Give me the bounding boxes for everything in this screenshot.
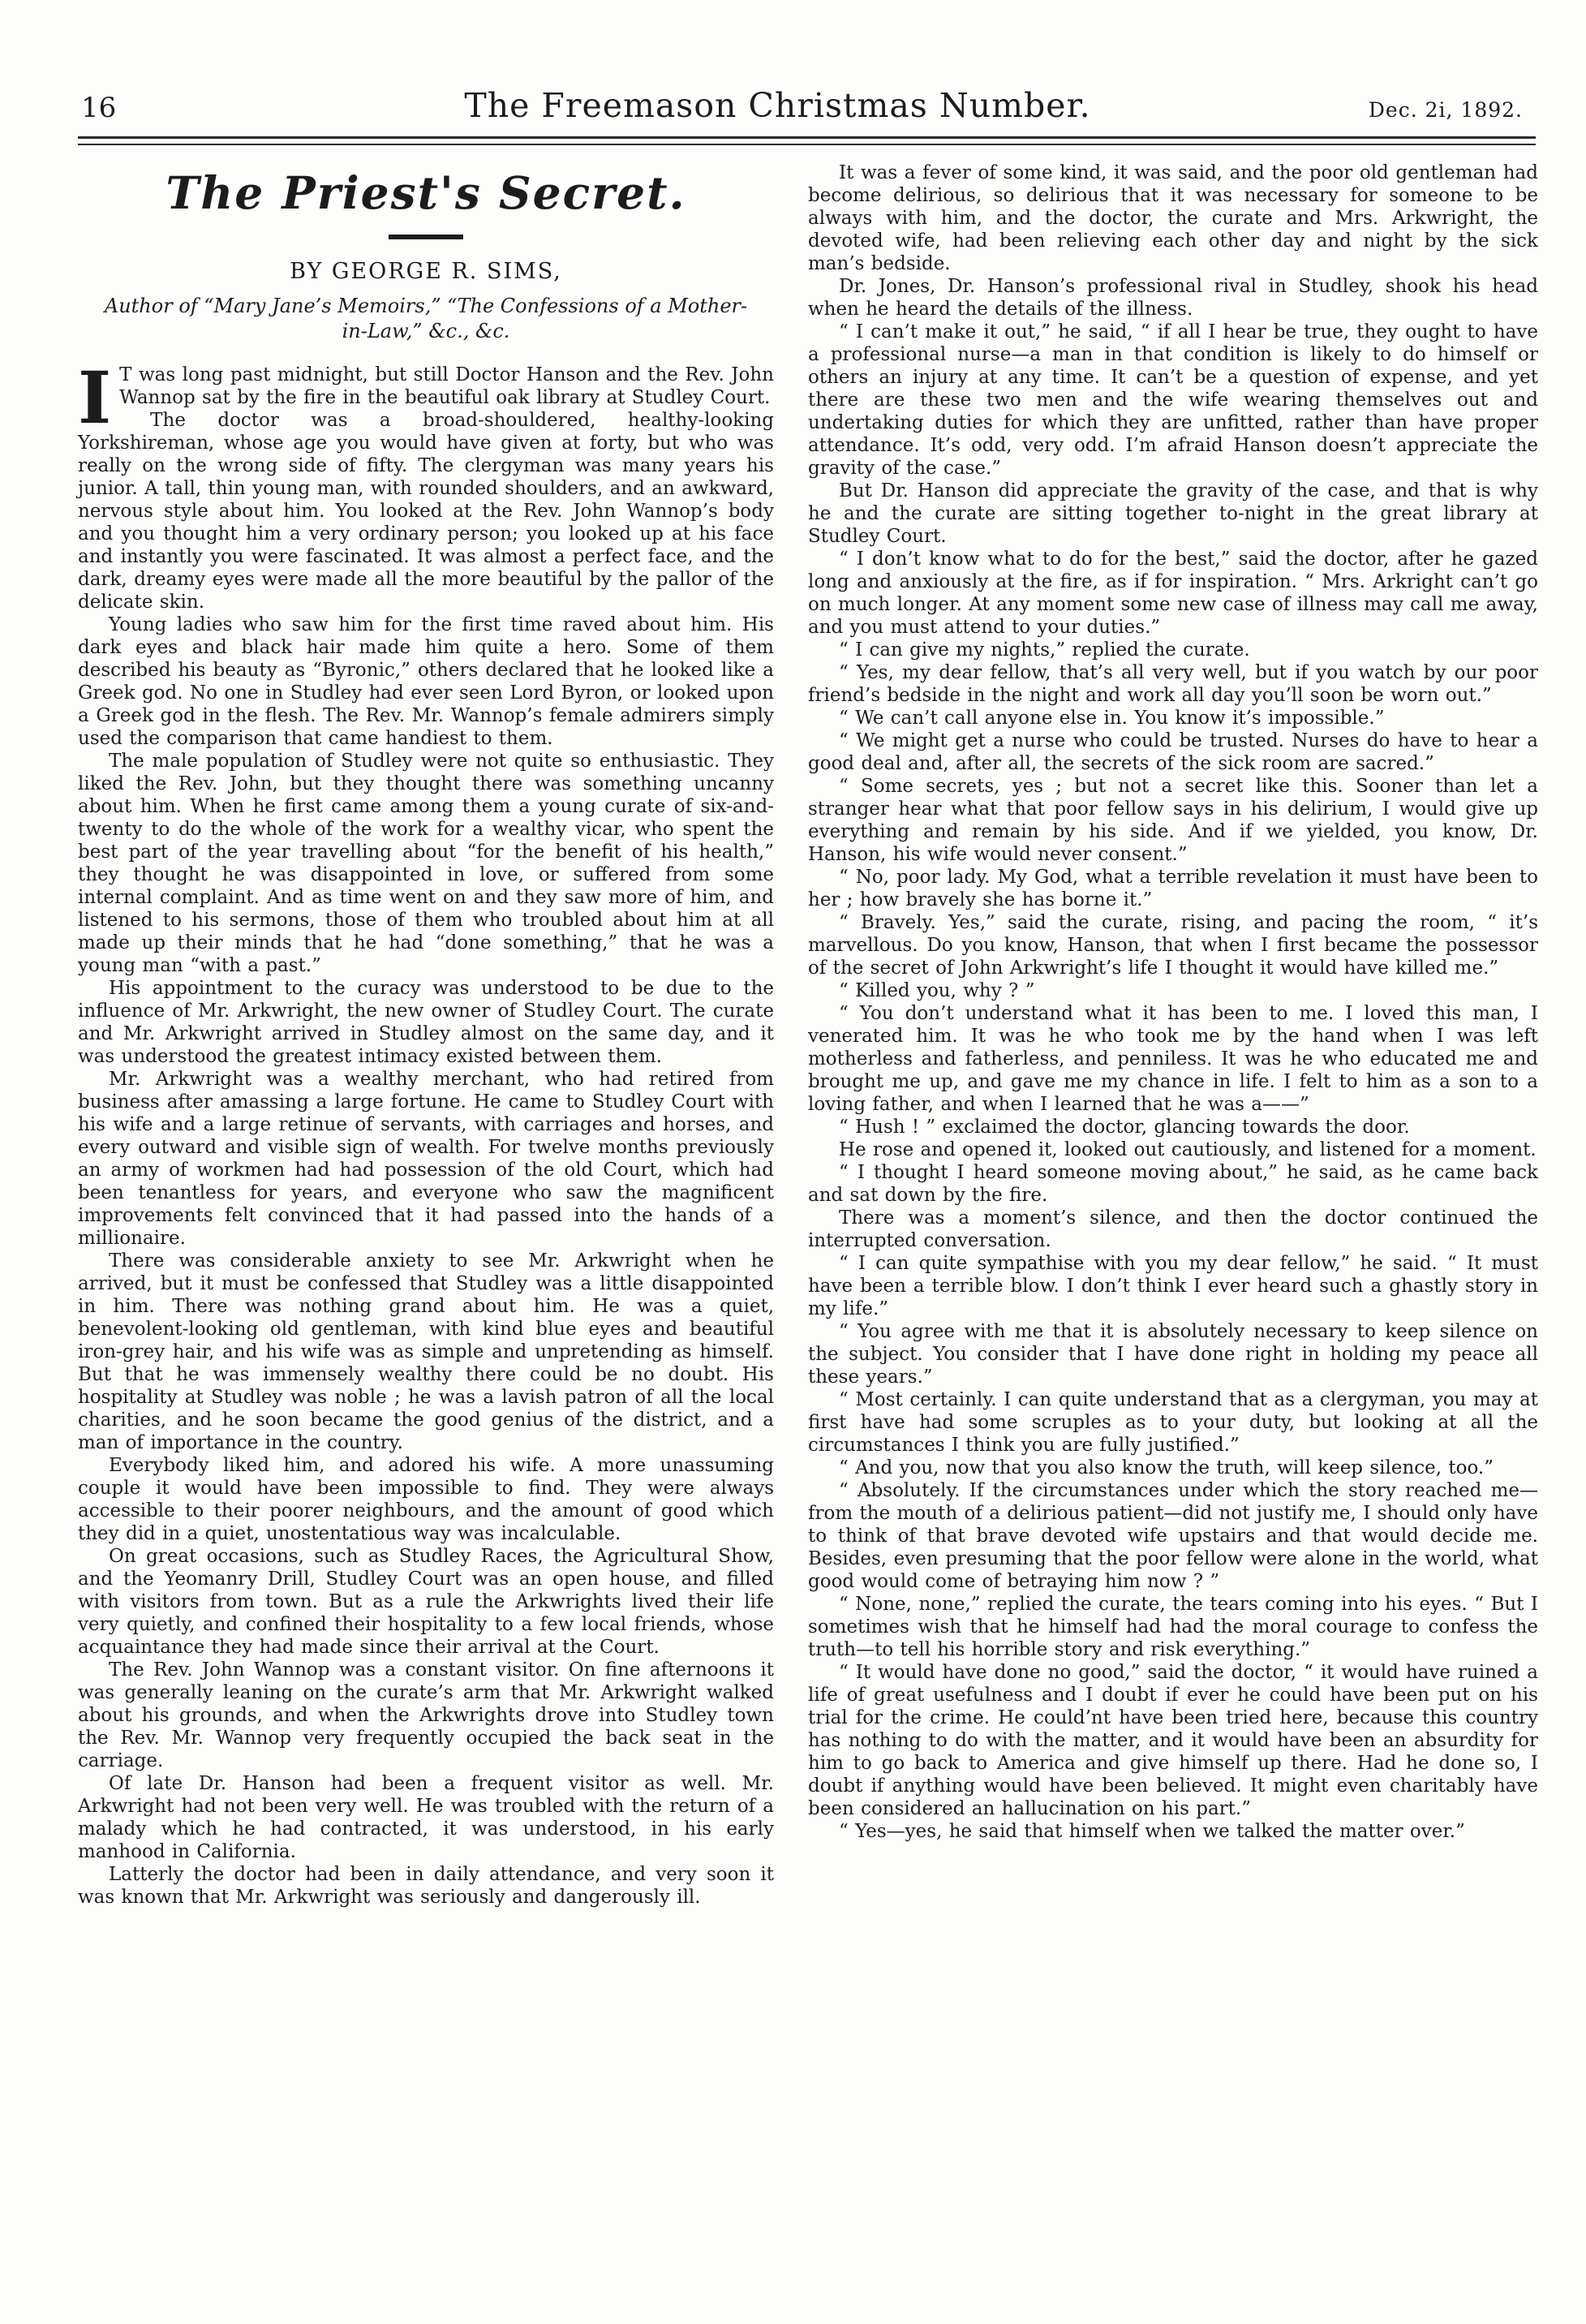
- story-paragraph: “ Some secrets, yes ; but not a secret l…: [808, 775, 1538, 866]
- title-divider: [389, 235, 463, 239]
- story-paragraph: “ Absolutely. If the circumstances under…: [808, 1479, 1538, 1593]
- story-paragraph: His appointment to the curacy was unders…: [78, 977, 774, 1068]
- page-header: 16 The Freemason Christmas Number. Dec. …: [0, 0, 1586, 125]
- opening-paragraph-text: T was long past midnight, but still Doct…: [119, 364, 774, 408]
- journal-title: The Freemason Christmas Number.: [211, 86, 1344, 125]
- story-paragraph: “ You don’t understand what it has been …: [808, 1002, 1538, 1116]
- page-number: 16: [81, 92, 211, 124]
- story-paragraph: Mr. Arkwright was a wealthy merchant, wh…: [78, 1068, 774, 1250]
- story-paragraph: There was a moment’s silence, and then t…: [808, 1207, 1538, 1252]
- story-paragraph: “ Most certainly. I can quite understand…: [808, 1388, 1538, 1457]
- story-paragraph: He rose and opened it, looked out cautio…: [808, 1138, 1538, 1161]
- story-paragraph: “ We can’t call anyone else in. You know…: [808, 707, 1538, 729]
- issue-date: Dec. 2i, 1892.: [1344, 98, 1523, 122]
- story-paragraph: “ Bravely. Yes,” said the curate, rising…: [808, 911, 1538, 979]
- story-paragraph: On great occasions, such as Studley Race…: [78, 1545, 774, 1659]
- header-rule: [78, 136, 1536, 145]
- story-paragraph: There was considerable anxiety to see Mr…: [78, 1250, 774, 1454]
- story-paragraph: “ None, none,” replied the curate, the t…: [808, 1593, 1538, 1661]
- story-paragraph: Young ladies who saw him for the first t…: [78, 613, 774, 750]
- story-paragraph: The male population of Studley were not …: [78, 750, 774, 977]
- story-paragraph: “ And you, now that you also know the tr…: [808, 1457, 1538, 1479]
- story-paragraph: “ It would have done no good,” said the …: [808, 1661, 1538, 1820]
- newspaper-page: 16 The Freemason Christmas Number. Dec. …: [0, 0, 1586, 2324]
- left-paragraphs: The doctor was a broad-shouldered, healt…: [78, 409, 774, 1909]
- article-body: The Priest's Secret. BY GEORGE R. SIMS, …: [0, 145, 1586, 1909]
- opening-paragraph: IT was long past midnight, but still Doc…: [78, 364, 774, 409]
- story-paragraph: But Dr. Hanson did appreciate the gravit…: [808, 480, 1538, 548]
- story-paragraph: Everybody liked him, and adored his wife…: [78, 1454, 774, 1545]
- story-paragraph: “ I thought I heard someone moving about…: [808, 1161, 1538, 1207]
- story-paragraph: “ I can’t make it out,” he said, “ if al…: [808, 321, 1538, 480]
- story-paragraph: “ I can give my nights,” replied the cur…: [808, 639, 1538, 661]
- story-paragraph: “ We might get a nurse who could be trus…: [808, 729, 1538, 775]
- drop-cap-initial: I: [78, 364, 119, 430]
- right-column: It was a fever of some kind, it was said…: [808, 157, 1538, 1843]
- story-paragraph: The doctor was a broad-shouldered, healt…: [78, 409, 774, 613]
- story-paragraph: “ No, poor lady. My God, what a terrible…: [808, 866, 1538, 911]
- left-column: The Priest's Secret. BY GEORGE R. SIMS, …: [78, 157, 774, 1909]
- story-title: The Priest's Secret.: [78, 168, 774, 218]
- story-paragraph: Of late Dr. Hanson had been a frequent v…: [78, 1772, 774, 1863]
- author-note: Author of “Mary Jane’s Memoirs,” “The Co…: [101, 294, 750, 344]
- story-paragraph: “ Hush ! ” exclaimed the doctor, glancin…: [808, 1116, 1538, 1138]
- story-paragraph: “ I can quite sympathise with you my dea…: [808, 1252, 1538, 1320]
- story-paragraph: “ Killed you, why ? ”: [808, 979, 1538, 1002]
- byline: BY GEORGE R. SIMS,: [78, 259, 774, 284]
- story-paragraph: “ Yes, my dear fellow, that’s all very w…: [808, 661, 1538, 707]
- story-paragraph: Latterly the doctor had been in daily at…: [78, 1863, 774, 1909]
- right-paragraphs: It was a fever of some kind, it was said…: [808, 161, 1538, 1843]
- story-paragraph: It was a fever of some kind, it was said…: [808, 161, 1538, 275]
- story-paragraph: “ Yes—yes, he said that himself when we …: [808, 1820, 1538, 1843]
- story-paragraph: Dr. Jones, Dr. Hanson’s professional riv…: [808, 275, 1538, 321]
- story-paragraph: “ You agree with me that it is absolutel…: [808, 1320, 1538, 1388]
- story-paragraph: The Rev. John Wannop was a constant visi…: [78, 1659, 774, 1772]
- story-paragraph: “ I don’t know what to do for the best,”…: [808, 548, 1538, 639]
